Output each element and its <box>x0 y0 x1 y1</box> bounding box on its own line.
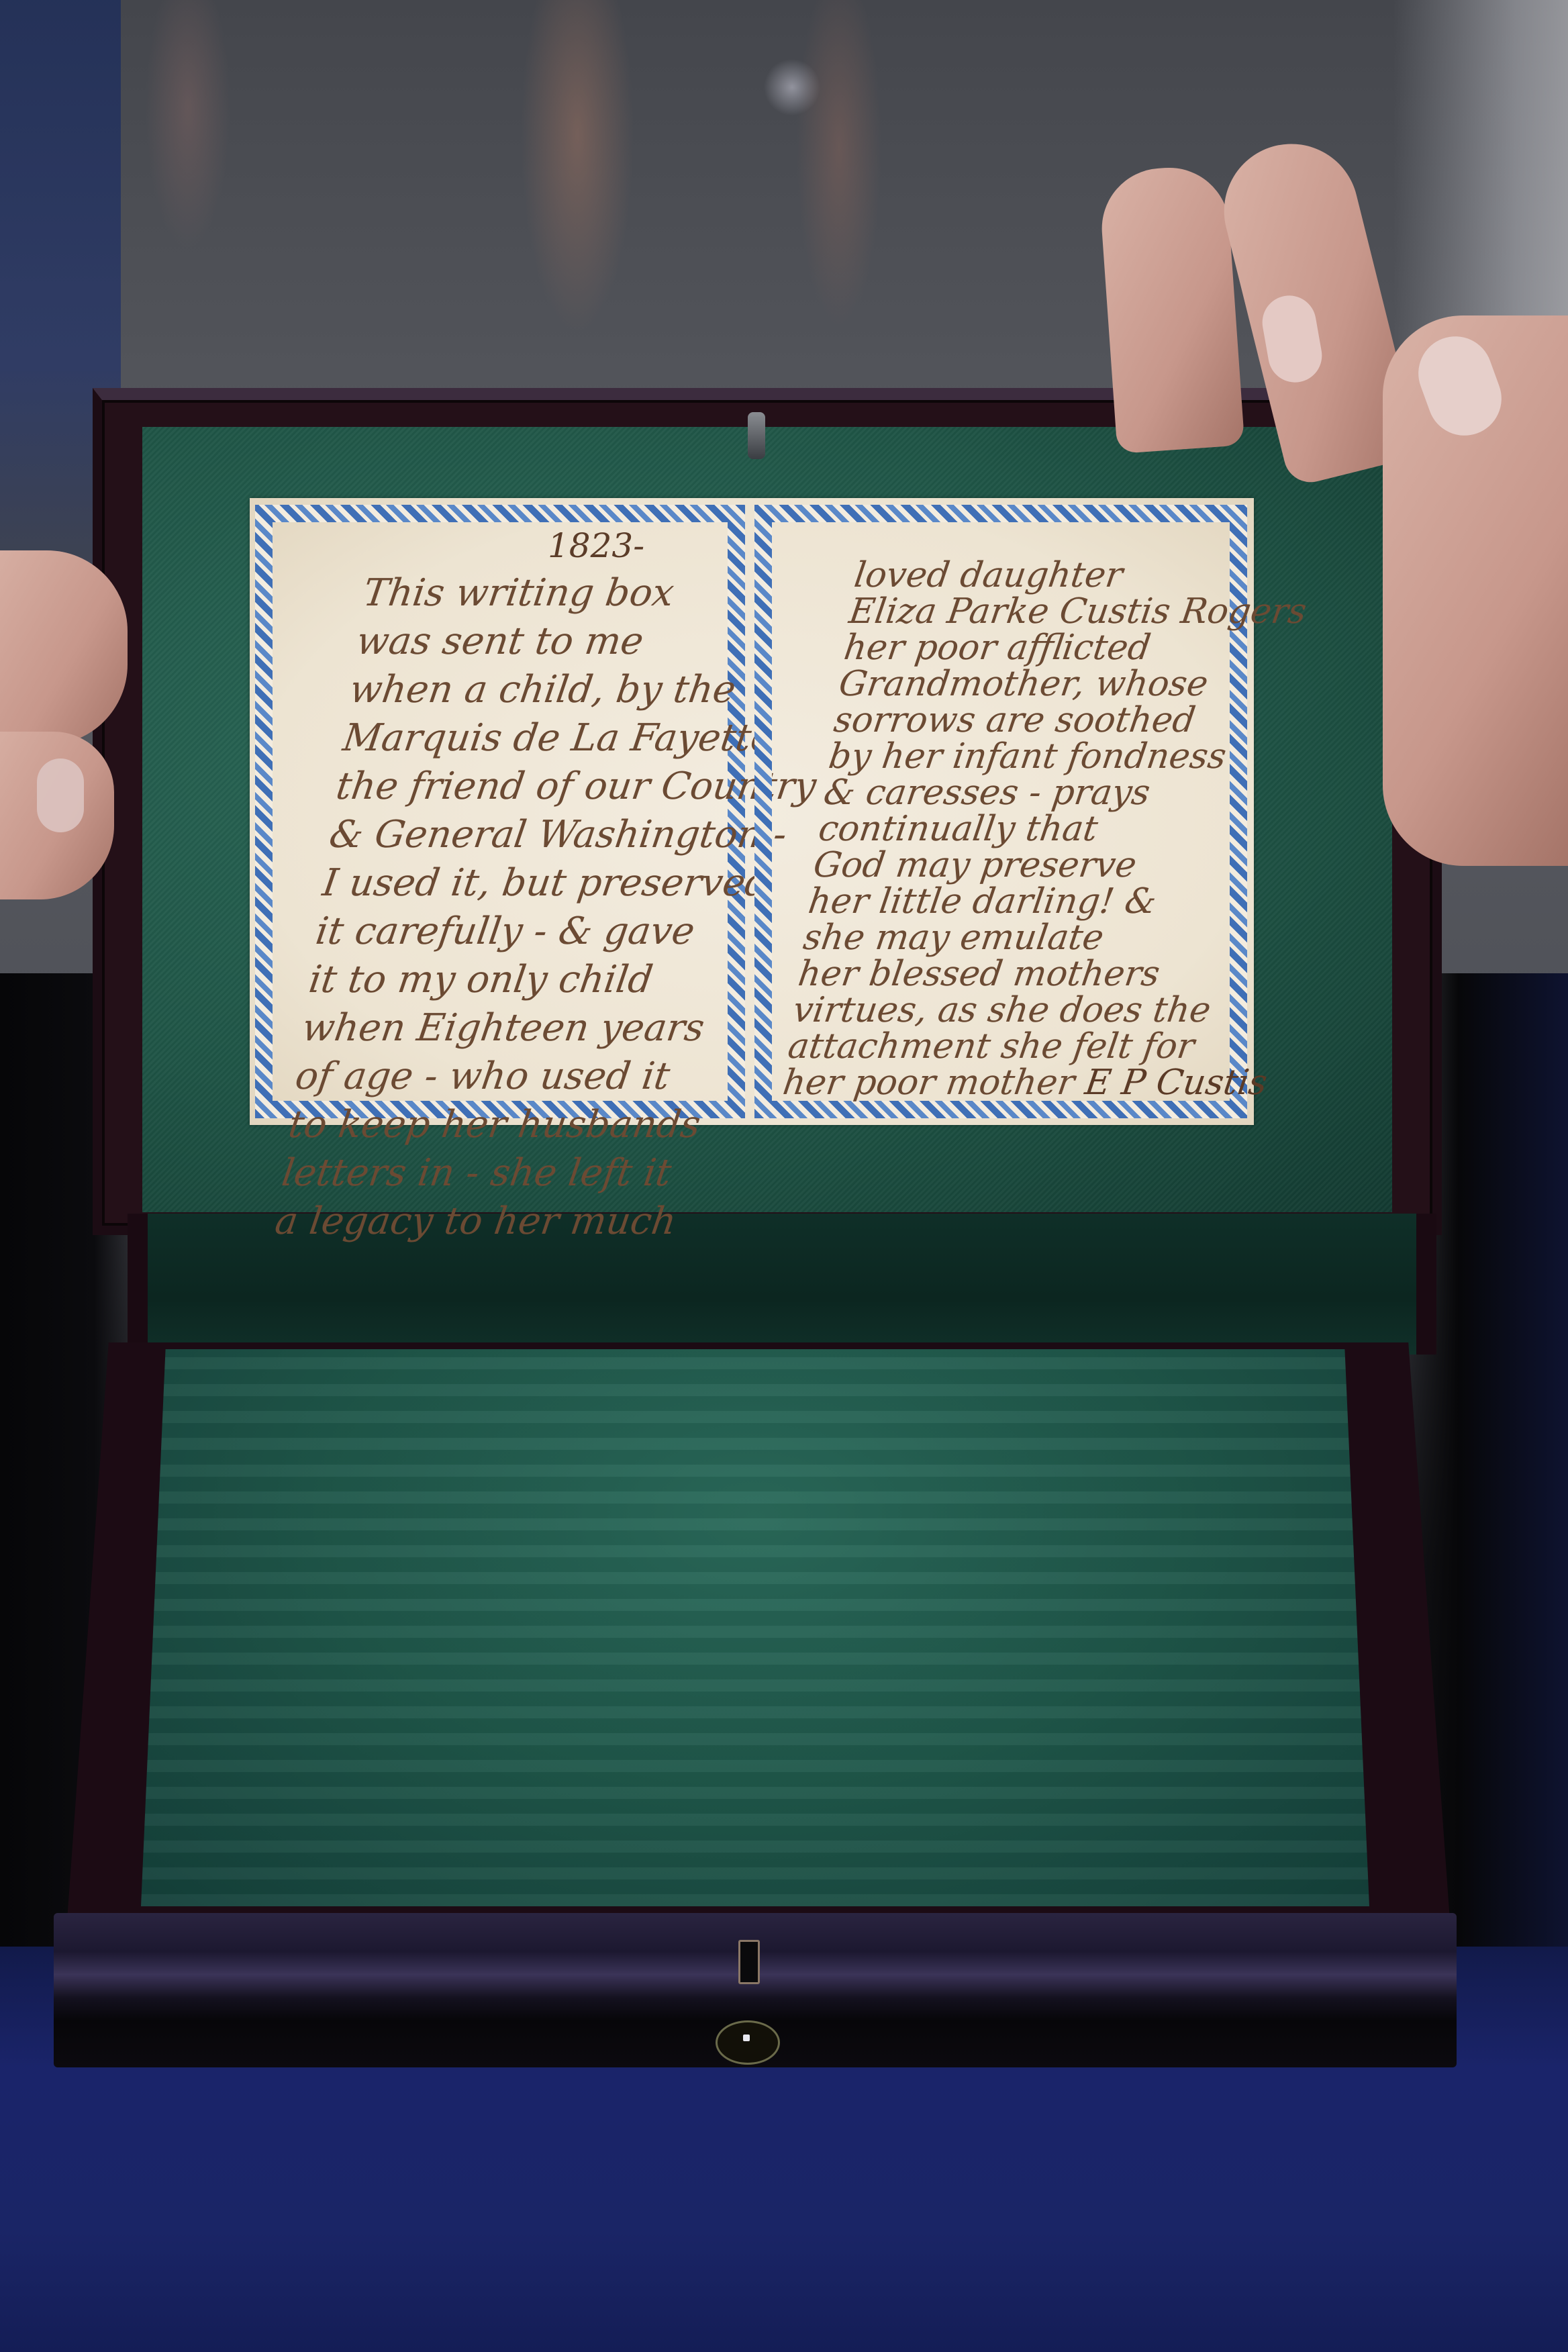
left-thumbnail <box>37 758 84 832</box>
note-line: sorrows are soothed <box>832 702 1221 738</box>
keyhole-icon <box>716 2020 780 2065</box>
note-line: loved daughter <box>852 557 1241 593</box>
note-line: letters in - she left it <box>279 1149 667 1197</box>
note-signature: E P Custis <box>1083 1063 1270 1103</box>
note-line: continually that <box>816 811 1206 847</box>
note-line: by her infant fondness <box>826 738 1216 775</box>
note-line: it carefully - & gave <box>313 908 701 956</box>
note-line: her poor afflicted <box>842 630 1231 666</box>
box-base-green-silk <box>141 1349 1369 1906</box>
note-line: Eliza Parke Custis Rogers <box>847 593 1236 630</box>
note-line-text: her poor mother <box>781 1063 1077 1103</box>
note-left-panel: 1823- This writing box was sent to me wh… <box>255 505 745 1118</box>
note-line: Marquis de La Fayette <box>340 714 728 763</box>
note-line: her little darling! & <box>806 883 1195 920</box>
note-line: was sent to me <box>354 618 742 666</box>
clasp-slot <box>738 1940 760 1984</box>
note-line: a legacy to her much <box>272 1197 660 1246</box>
note-line: I used it, but preserved <box>320 859 707 908</box>
left-hand-finger <box>0 550 128 745</box>
note-line: Grandmother, whose <box>837 666 1226 702</box>
note-line: This writing box <box>360 569 748 618</box>
note-line: virtues, as she does the <box>791 992 1180 1028</box>
handwritten-note: 1823- This writing box was sent to me wh… <box>250 498 1254 1125</box>
note-right-panel: loved daughter Eliza Parke Custis Rogers… <box>754 505 1247 1118</box>
note-line: attachment she felt for <box>786 1028 1175 1065</box>
note-right-text: loved daughter Eliza Parke Custis Rogers… <box>781 557 1241 1101</box>
lid-hook-clasp <box>748 412 765 459</box>
note-line: & General Washington - <box>326 811 714 859</box>
note-line: the friend of our Country <box>333 763 721 811</box>
note-line: when a child, by the <box>346 666 734 714</box>
note-line: she may emulate <box>801 920 1190 956</box>
note-left-text: This writing box was sent to me when a c… <box>272 569 748 1246</box>
note-date: 1823- <box>548 526 644 565</box>
note-line: her poor mother E P Custis <box>781 1065 1170 1101</box>
note-line: of age - who used it <box>293 1052 681 1101</box>
note-line: God may preserve <box>812 847 1201 883</box>
note-line: it to my only child <box>306 956 694 1004</box>
note-line: & caresses - prays <box>822 775 1211 811</box>
note-line: her blessed mothers <box>796 956 1185 992</box>
note-line: to keep her husbands <box>285 1101 673 1149</box>
right-hand-index-finger <box>1098 164 1245 454</box>
note-line: when Eighteen years <box>299 1004 687 1052</box>
